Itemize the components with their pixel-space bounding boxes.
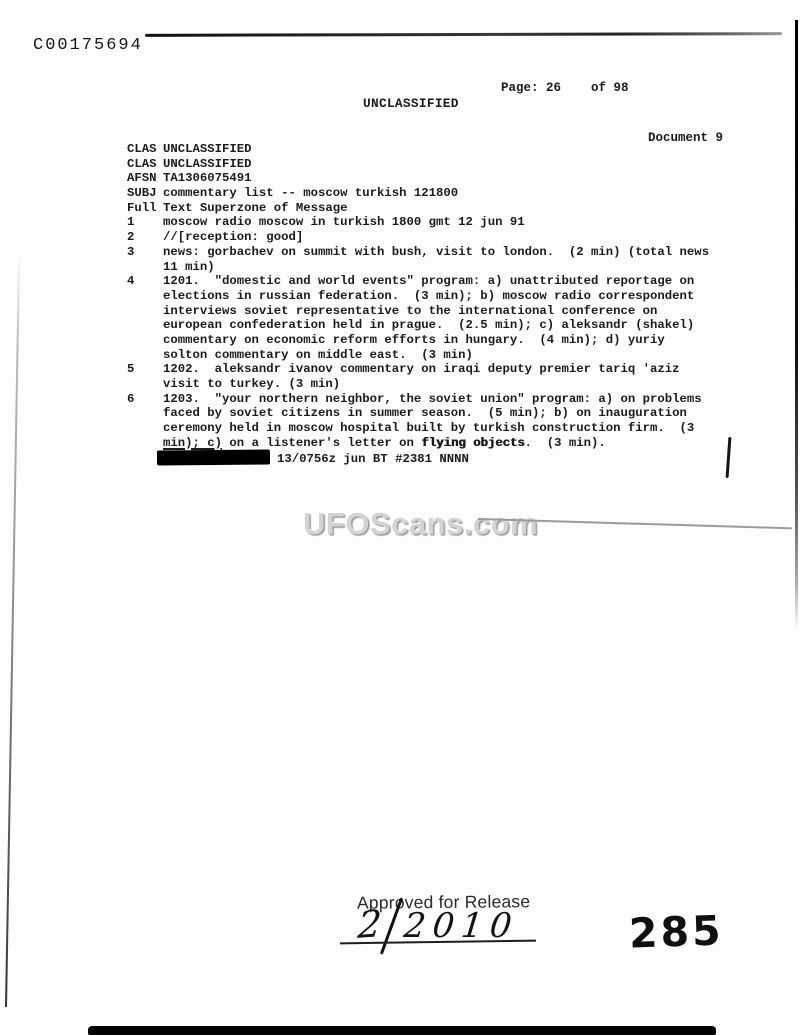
line-label — [127, 289, 163, 304]
line-text: UNCLASSIFIED — [163, 157, 252, 172]
scan-edge-top-line — [145, 32, 782, 37]
line-label: SUBJ — [127, 186, 163, 201]
doc-line: 1moscow radio moscow in turkish 1800 gmt… — [127, 215, 709, 230]
doc-line: AFSNTA1306075491 — [127, 171, 709, 186]
doc-line: commentary on economic reform efforts in… — [127, 333, 709, 348]
doc-line: ceremony held in moscow hospital built b… — [127, 421, 709, 436]
line-text: 1203. "your northern neighbor, the sovie… — [163, 392, 702, 407]
line-label: AFSN — [127, 171, 163, 186]
message-body: CLASUNCLASSIFIED CLASUNCLASSIFIED AFSNTA… — [127, 142, 709, 465]
scanned-document-page: C00175694 Page: 26 of 98 UNCLASSIFIED Do… — [0, 0, 800, 1035]
line-text: TA1306075491 — [163, 171, 252, 186]
line-label: 4 — [127, 274, 163, 289]
line-text: faced by soviet citizens in summer seaso… — [163, 406, 687, 421]
line-text: solton commentary on middle east. (3 min… — [163, 348, 473, 363]
line-text: 13/0756z jun BT #2381 NNNN — [163, 450, 469, 465]
doc-line: 11 min) — [127, 260, 709, 275]
line-text: news: gorbachev on summit with bush, vis… — [163, 245, 709, 260]
line-label — [127, 348, 163, 363]
scan-edge-bottom-bar — [88, 1026, 716, 1035]
line-text: ceremony held in moscow hospital built b… — [163, 421, 694, 436]
line-label: 1 — [127, 215, 163, 230]
line-label: 5 — [127, 362, 163, 377]
sign-off-text: 13/0756z jun BT #2381 NNNN — [277, 452, 469, 466]
line-text: commentary list -- moscow turkish 121800 — [163, 186, 458, 201]
line-label: 3 — [127, 245, 163, 260]
doc-line: 41201. "domestic and world events" progr… — [127, 274, 709, 289]
doc-line: european confederation held in prague. (… — [127, 318, 709, 333]
line-text: UNCLASSIFIED — [163, 142, 252, 157]
doc-line: CLASUNCLASSIFIED — [127, 142, 709, 157]
line-label — [127, 260, 163, 275]
line-text: Text Superzone of Message — [163, 201, 347, 216]
line-label: 6 — [127, 392, 163, 407]
line-label: 2 — [127, 230, 163, 245]
line-label — [127, 318, 163, 333]
document-control-number: C00175694 — [33, 36, 143, 55]
doc-line: 2//[reception: good] — [127, 230, 709, 245]
doc-line: CLASUNCLASSIFIED — [127, 157, 709, 172]
line-text: 11 min) — [163, 260, 215, 275]
line-label — [127, 436, 163, 451]
doc-line: interviews soviet representative to the … — [127, 304, 709, 319]
line-label — [127, 406, 163, 421]
handwritten-date-month: 2 — [357, 902, 384, 947]
line-text: 1202. aleksandr ivanov commentary on ira… — [163, 362, 680, 377]
doc-line: SUBJcommentary list -- moscow turkish 12… — [127, 186, 709, 201]
line-label — [127, 304, 163, 319]
redaction-bar — [157, 450, 270, 466]
line-text: european confederation held in prague. (… — [163, 318, 694, 333]
line-label: Full — [127, 201, 163, 216]
line-text: moscow radio moscow in turkish 1800 gmt … — [163, 215, 525, 230]
scan-edge-right-line — [795, 20, 798, 630]
doc-line: solton commentary on middle east. (3 min… — [127, 348, 709, 363]
doc-line: 51202. aleksandr ivanov commentary on ir… — [127, 362, 709, 377]
line-label — [127, 377, 163, 392]
pen-tick-mark — [726, 437, 732, 478]
line-text: 1201. "domestic and world events" progra… — [163, 274, 694, 289]
line-text: interviews soviet representative to the … — [163, 304, 657, 319]
doc-line: elections in russian federation. (3 min)… — [127, 289, 709, 304]
page-counter: Page: 26 of 98 — [501, 81, 629, 95]
doc-line: 61203. "your northern neighbor, the sovi… — [127, 392, 709, 407]
line-label: CLAS — [127, 157, 163, 172]
line-text: elections in russian federation. (3 min)… — [163, 289, 694, 304]
doc-line-redacted: 13/0756z jun BT #2381 NNNN — [127, 450, 709, 465]
classification-banner: UNCLASSIFIED — [363, 96, 459, 111]
line-text: commentary on economic reform efforts in… — [163, 333, 665, 348]
bold-text: flying objects — [421, 436, 524, 450]
line-label — [127, 333, 163, 348]
doc-line-underlined: min); c) on a listener's letter on flyin… — [127, 436, 709, 451]
line-text: min); c) on a listener's letter on flyin… — [163, 436, 606, 451]
handwritten-page-number: 285 — [628, 906, 724, 957]
watermark-text: UFOScans.com — [303, 506, 538, 542]
doc-line: 3news: gorbachev on summit with bush, vi… — [127, 245, 709, 260]
doc-line: visit to turkey. (3 min) — [127, 377, 709, 392]
doc-line: FullText Superzone of Message — [127, 201, 709, 216]
line-label: CLAS — [127, 142, 163, 157]
line-text: visit to turkey. (3 min) — [163, 377, 340, 392]
line-label — [127, 421, 163, 436]
underlined-text: min); c) — [163, 436, 222, 450]
line-text: //[reception: good] — [163, 230, 303, 245]
doc-line: faced by soviet citizens in summer seaso… — [127, 406, 709, 421]
scan-edge-left-line — [5, 255, 20, 1007]
